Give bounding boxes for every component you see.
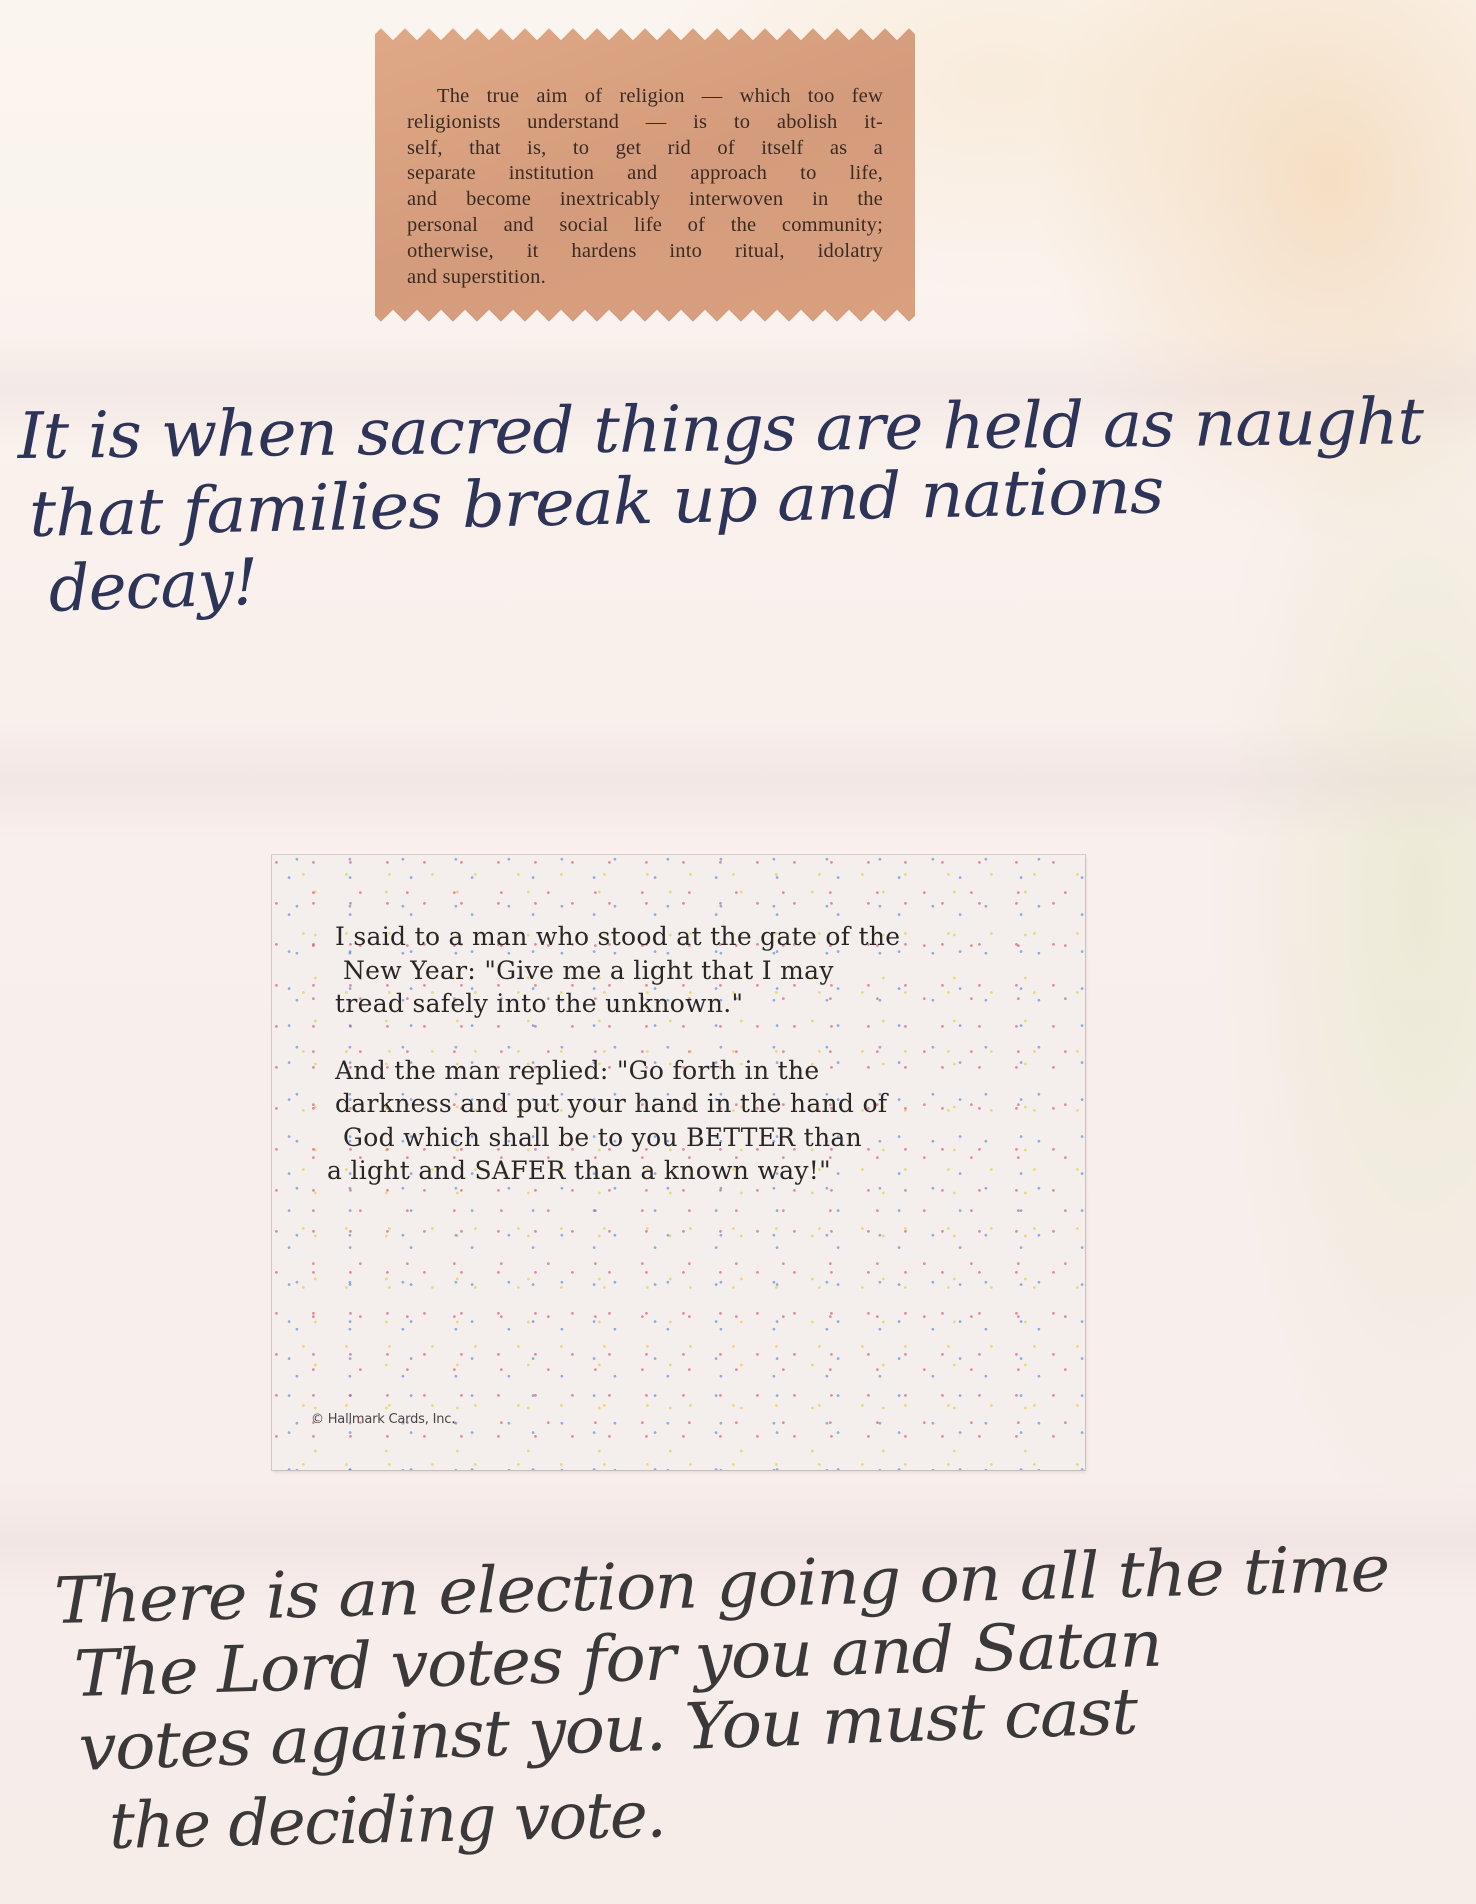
clipping-line: The true aim of religion — which too few (407, 84, 883, 110)
scrapbook-page: The true aim of religion — which too few… (0, 0, 1476, 1904)
card-line: a light and SAFER than a known way!" (327, 1154, 1055, 1188)
card-line: I said to a man who stood at the gate of… (335, 920, 1055, 954)
card-line: tread safely into the unknown." (335, 987, 1055, 1021)
card-line: New Year: "Give me a light that I may (335, 954, 1055, 988)
clipping-line: and superstition. (407, 265, 883, 291)
clipping-line: otherwise, it hardens into ritual, idola… (407, 239, 883, 265)
paper-crease (0, 720, 1476, 840)
clipping-quote: The true aim of religion — which too few… (407, 84, 883, 290)
handwritten-line: decay! (47, 546, 258, 627)
clipping-line: self, that is, to get rid of itself as a (407, 136, 883, 162)
card-copyright: © Hallmark Cards, Inc. (311, 1412, 455, 1427)
clipping-line: personal and social life of the communit… (407, 213, 883, 239)
clipping-line: religionists understand — is to abolish … (407, 110, 883, 136)
handwritten-line: It is when sacred things are held as nau… (17, 385, 1423, 474)
clipping-line: and become inextricably interwoven in th… (407, 187, 883, 213)
card-line: God which shall be to you BETTER than (335, 1121, 1055, 1155)
card-verse: I said to a man who stood at the gate of… (335, 920, 1055, 1188)
card-line: And the man replied: "Go forth in the (335, 1054, 1055, 1088)
card-line: darkness and put your hand in the hand o… (335, 1087, 1055, 1121)
clipping-line: separate institution and approach to lif… (407, 161, 883, 187)
handwritten-line: the deciding vote. (108, 1778, 665, 1864)
